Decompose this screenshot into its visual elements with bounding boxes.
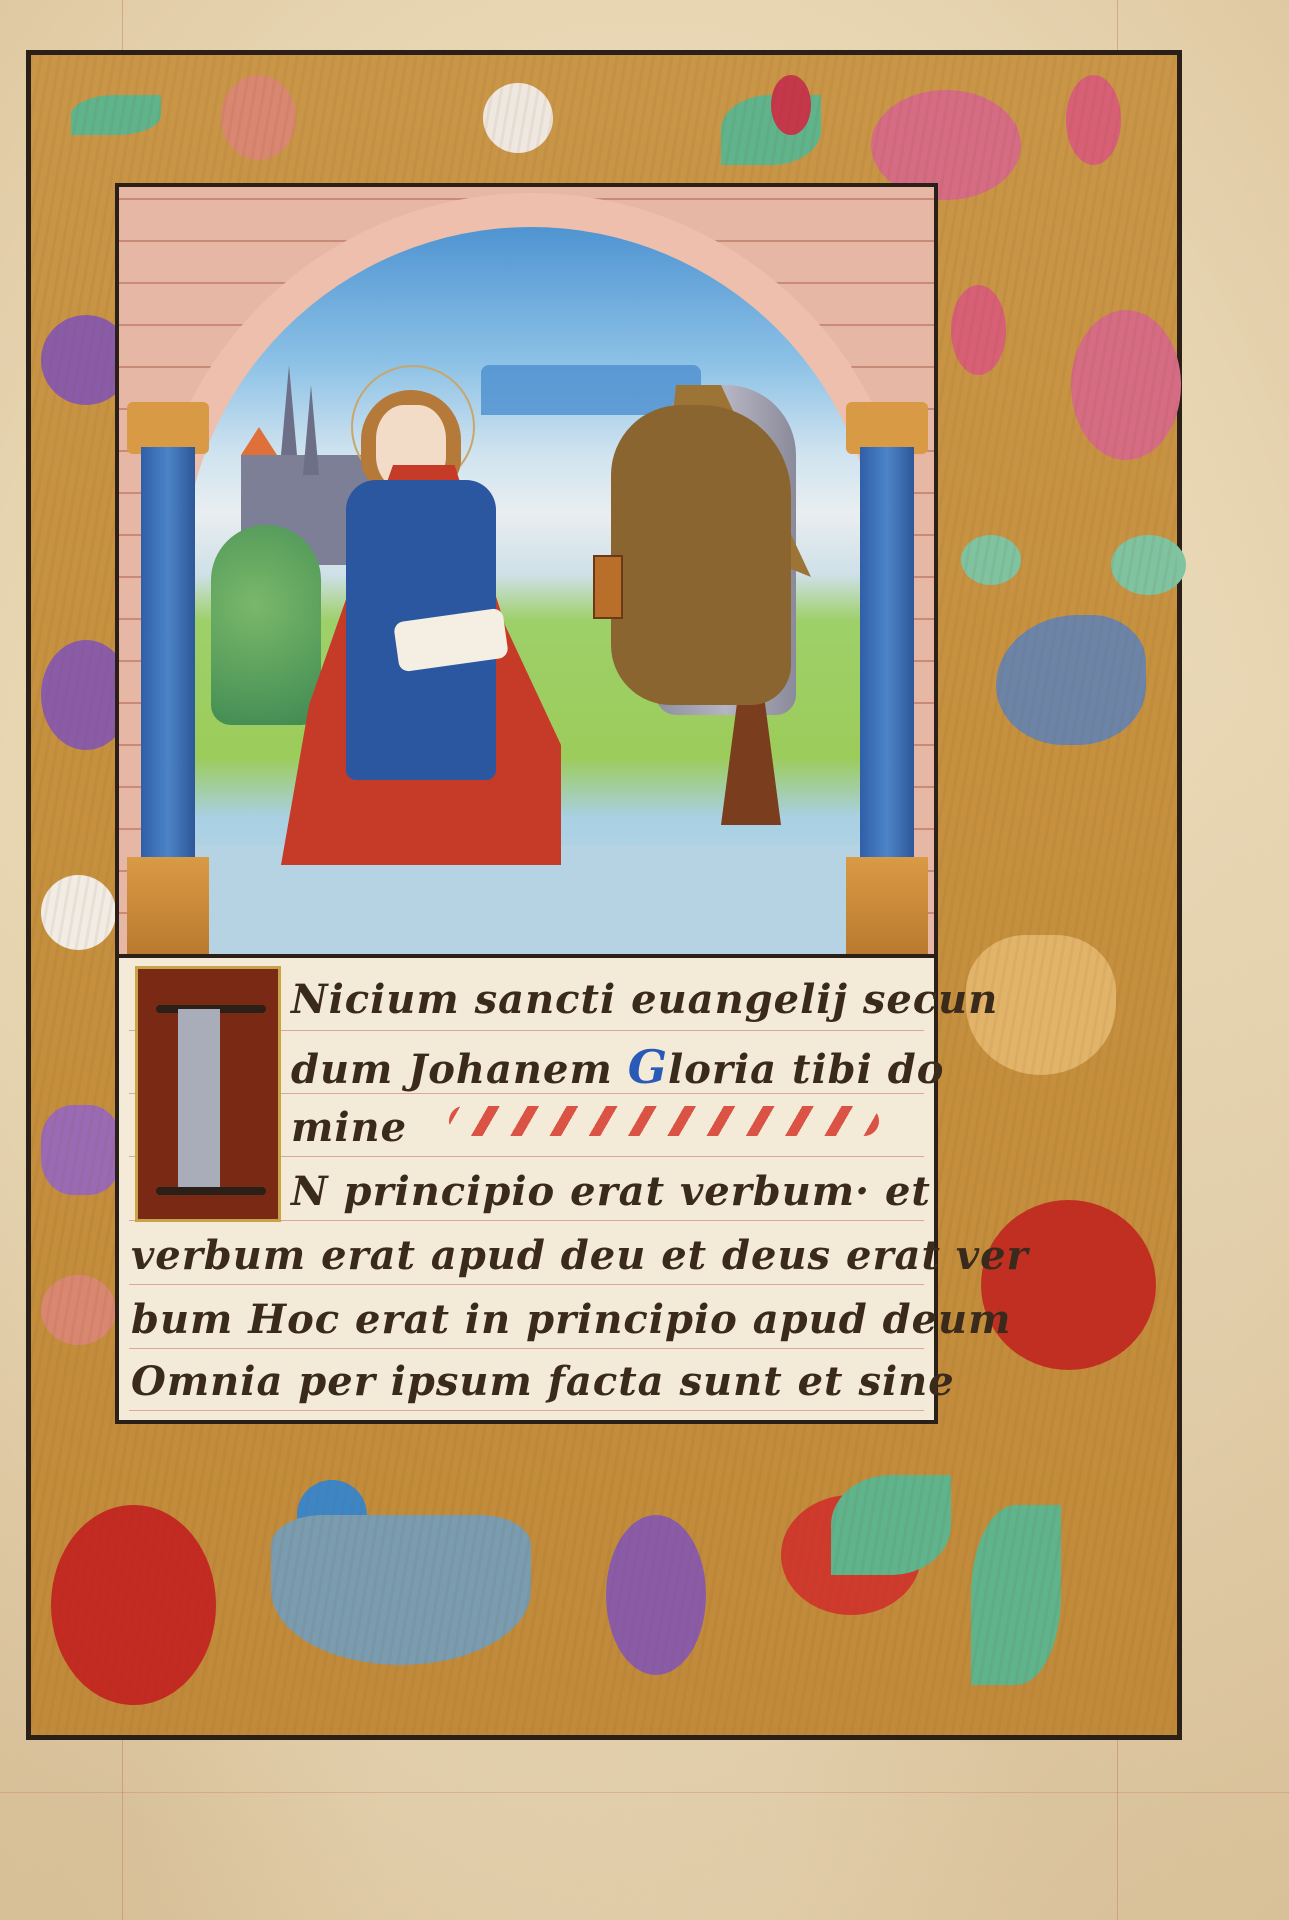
red-rose-icon — [981, 1200, 1156, 1370]
white-wild-rose-icon — [41, 875, 116, 950]
strawberry-icon — [41, 1275, 116, 1345]
pink-bud-icon — [1066, 75, 1121, 165]
ruling-line — [0, 1792, 1289, 1793]
left-blue-column — [141, 447, 195, 867]
strawberry-icon — [221, 75, 296, 160]
red-carnation-icon — [51, 1505, 216, 1705]
ruling-line — [129, 1410, 924, 1411]
blue-initial: G — [628, 1040, 668, 1094]
thistle-icon — [961, 535, 1021, 585]
red-bud-icon — [771, 75, 811, 135]
text-line-1: Nicium sancti euangelij secun — [291, 976, 998, 1023]
pansy-icon — [606, 1515, 706, 1675]
text-line-4: N principio erat verbum· et — [291, 1168, 931, 1215]
foliage-icon — [971, 1505, 1061, 1685]
illuminated-initial: I — [135, 966, 281, 1222]
grapes-icon — [41, 1105, 121, 1195]
text-line-3: mine — [291, 1104, 407, 1151]
red-line-filler — [449, 1106, 879, 1136]
blue-bird-icon — [996, 615, 1146, 745]
carnation-pod-icon — [781, 1495, 921, 1615]
initial-serif-bottom — [156, 1187, 266, 1195]
ruling-line — [129, 1348, 924, 1349]
text-line-5: verbum erat apud deu et deus erat ver — [131, 1232, 1029, 1279]
thistle-icon — [1111, 535, 1186, 595]
text-segment: dum Johanem — [291, 1046, 613, 1093]
carnation-pod-icon — [721, 95, 821, 165]
column-base — [127, 857, 209, 957]
miniature-painting — [115, 183, 938, 958]
ruling-line — [129, 1284, 924, 1285]
leaf-icon — [831, 1475, 951, 1575]
brick-arch — [149, 193, 913, 958]
pink-bud-icon — [951, 285, 1006, 375]
white-blossom-icon — [483, 83, 553, 153]
initial-letter-shape — [178, 1009, 220, 1189]
text-line-2: dum Johanem Gloria tibi do — [291, 1040, 944, 1094]
text-block: I Nicium sancti euangelij secun dum Joha… — [115, 958, 938, 1424]
pea-pod-icon — [71, 95, 161, 135]
moth-head-icon — [297, 1480, 367, 1550]
text-line-6: bum Hoc erat in principio apud deum — [131, 1296, 1011, 1343]
text-segment: loria tibi do — [668, 1046, 944, 1093]
pink-aster-icon — [1071, 310, 1181, 460]
moth-icon — [271, 1515, 531, 1665]
text-line-7: Omnia per ipsum facta sunt et sine — [131, 1358, 955, 1405]
column-base — [846, 857, 928, 957]
right-blue-column — [860, 447, 914, 867]
